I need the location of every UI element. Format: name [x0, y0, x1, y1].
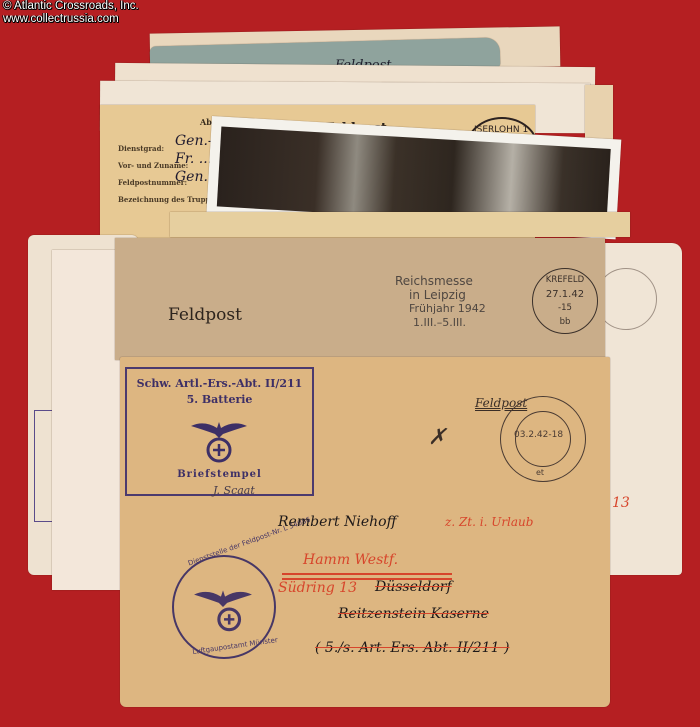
machine-cancel-line: 1.III.–5.III. [395, 316, 486, 330]
machine-cancel-line: Frühjahr 1942 [395, 302, 486, 316]
machine-cancel-line: Reichsmesse [395, 274, 486, 288]
address-unit-struck: ( 5./s. Art. Ers. Abt. II/211 ) [315, 638, 509, 658]
address-name: Rembert Niehoff [278, 512, 397, 532]
krefeld-city: KREFELD [533, 275, 597, 285]
eagle-emblem-icon [192, 582, 254, 634]
address-city-struck: Düsseldorf [375, 577, 452, 597]
address-red-note: z. Zt. i. Urlaub [445, 512, 533, 532]
signature: J. Scaat [213, 484, 255, 497]
red-underline [282, 573, 452, 575]
krefeld-date: 27.1.42 [533, 289, 597, 300]
envelope-strip [170, 212, 630, 237]
unit-stamp-line3: Briefstempel [127, 469, 312, 480]
machine-cancel-line: in Leipzig [395, 288, 486, 302]
address-street-red: Südring 13 [278, 578, 357, 598]
krefeld-code: bb [533, 317, 597, 327]
right-envelope-red-text: 13 [612, 495, 630, 511]
krefeld-postmark: KREFELD 27.1.42 -15 bb [532, 268, 598, 334]
watermark-url: www.collectrussia.com [3, 13, 139, 26]
watermark: © Atlantic Crossroads, Inc. www.collectr… [3, 0, 139, 26]
watermark-copyright: © Atlantic Crossroads, Inc. [3, 0, 139, 13]
address-barracks-struck: Reitzenstein Kaserne [338, 604, 489, 624]
eagle-emblem-icon [189, 414, 249, 464]
unit-stamp-line1: Schw. Artl.-Ers.-Abt. II/211 [127, 377, 312, 390]
feldpost-postmark-code: et [536, 468, 544, 477]
address-city-red: Hamm Westf. [303, 550, 398, 570]
unit-stamp: Schw. Artl.-Ers.-Abt. II/211 5. Batterie… [125, 367, 314, 496]
gray-envelope-title: Feldpost [168, 305, 242, 325]
krefeld-time: -15 [533, 303, 597, 313]
feldpost-postmark-date: 03.2.42-18 [514, 430, 563, 440]
cross-mark: ✗ [428, 425, 446, 450]
machine-cancel: Reichsmesse in Leipzig Frühjahr 1942 1.I… [395, 274, 486, 330]
unit-stamp-line2: 5. Batterie [127, 393, 312, 406]
right-white-envelope [600, 243, 682, 575]
